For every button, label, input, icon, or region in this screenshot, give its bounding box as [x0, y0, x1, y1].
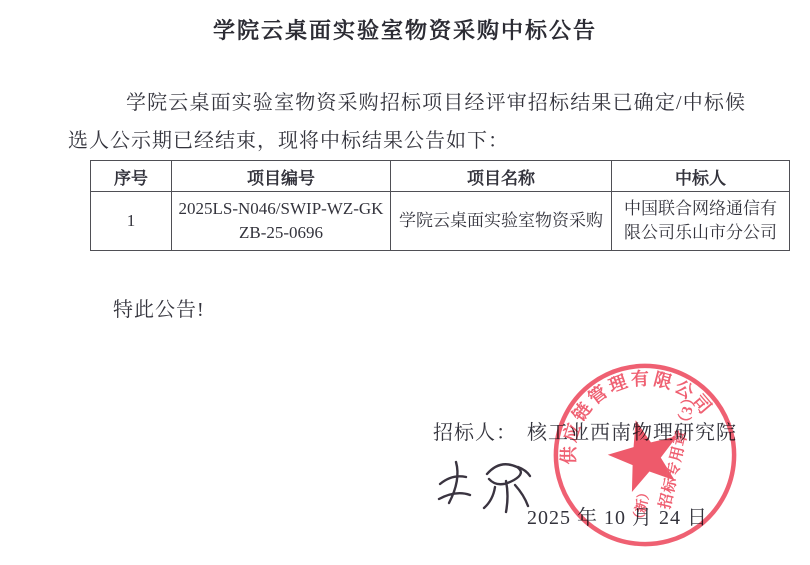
handwritten-signature: [432, 450, 540, 520]
results-table: 序号 项目编号 项目名称 中标人 1 2025LS-N046/SWIP-WZ-G…: [90, 160, 790, 251]
announcement-page: 学院云桌面实验室物资采购中标公告 学院云桌面实验室物资采购招标项目经评审招标结果…: [0, 0, 810, 565]
page-title: 学院云桌面实验室物资采购中标公告: [0, 14, 810, 45]
cell-index: 1: [91, 192, 172, 251]
issuer-label: 招标人：: [433, 422, 517, 444]
col-header-project-code: 项目编号: [172, 161, 391, 192]
col-header-index: 序号: [91, 161, 172, 192]
col-header-project-name: 项目名称: [391, 161, 612, 192]
cell-project-name: 学院云桌面实验室物资采购: [391, 192, 612, 251]
body-paragraph: 学院云桌面实验室物资采购招标项目经评审招标结果已确定/中标候选人公示期已经结束，…: [68, 84, 746, 160]
table-header-row: 序号 项目编号 项目名称 中标人: [91, 161, 790, 192]
closing-statement: 特此公告!: [113, 293, 205, 322]
table-row: 1 2025LS-N046/SWIP-WZ-GKZB-25-0696 学院云桌面…: [91, 192, 790, 251]
official-stamp: 供应链管理有限公司 招标专用章（3） （新）: [546, 356, 744, 554]
cell-winner: 中国联合网络通信有限公司乐山市分公司: [612, 192, 790, 251]
col-header-winner: 中标人: [612, 161, 790, 192]
cell-project-code: 2025LS-N046/SWIP-WZ-GKZB-25-0696: [172, 192, 391, 251]
